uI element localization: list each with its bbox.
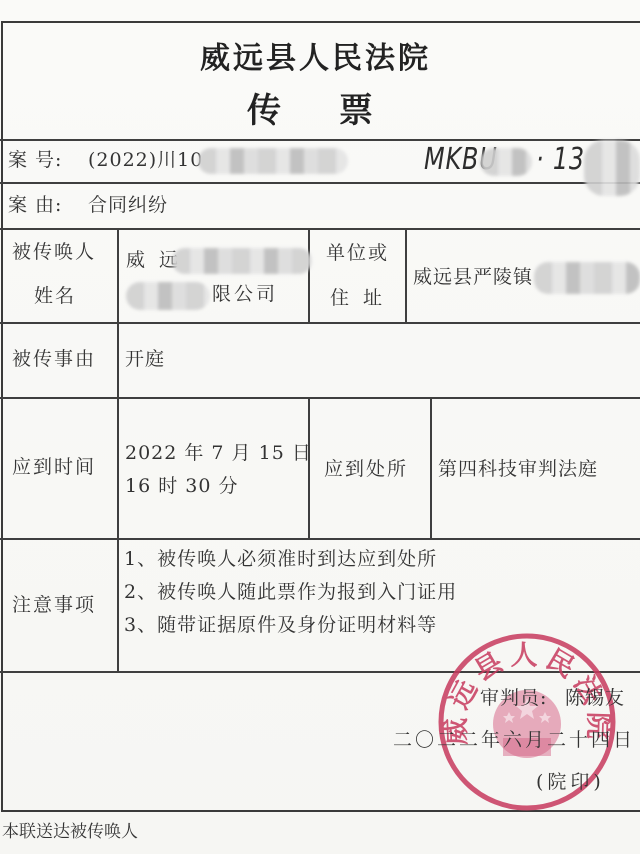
divider [0, 538, 640, 540]
redacted-address [534, 262, 640, 294]
column-divider [430, 398, 432, 538]
divider [0, 397, 640, 399]
divider [0, 671, 640, 673]
appear-place-value: 第四科技审判法庭 [438, 460, 598, 479]
appear-time-label: 应到时间 [12, 458, 96, 477]
column-divider [405, 229, 407, 322]
summoned-party-name-2: 限公司 [212, 285, 278, 304]
seal-note: (院印) [536, 773, 605, 792]
divider [0, 139, 640, 141]
case-number-value: (2022)川10 [88, 151, 203, 170]
reason-label: 被传事由 [12, 350, 96, 369]
column-divider [117, 229, 119, 671]
signature-date: 二〇二二年六月二十四日 [393, 731, 635, 750]
summoned-party-label-2: 姓名 [34, 287, 76, 306]
appear-place-label: 应到处所 [324, 460, 408, 479]
note-item: 2、被传唤人随此票作为报到入门证用 [124, 583, 457, 602]
case-cause-label: 案 由: [8, 196, 62, 215]
redacted-handwriting [480, 148, 532, 176]
footer-note: 本联送达被传唤人 [2, 824, 138, 841]
column-divider [308, 398, 310, 538]
case-number-label: 案 号: [8, 151, 62, 170]
divider [0, 322, 640, 324]
address-label-2: 住 址 [330, 289, 386, 308]
judge-name: 陈锡友 [565, 689, 625, 708]
notes-label: 注意事项 [12, 596, 96, 615]
column-divider [308, 229, 310, 322]
redacted-name [126, 282, 210, 310]
note-item: 3、随带证据原件及身份证明材料等 [124, 616, 437, 635]
note-item: 1、被传唤人必须准时到达应到处所 [124, 550, 437, 569]
address-value: 威远县严陵镇 [413, 268, 533, 287]
reason-value: 开庭 [125, 350, 165, 369]
divider [0, 228, 640, 230]
summons-document: 威远县人民法院 传 票 案 号: (2022)川10 MKBU · 13 案 由… [0, 0, 640, 854]
judge-label: 审判员: [480, 689, 547, 708]
case-cause-value: 合同纠纷 [88, 196, 168, 215]
address-label: 单位或 [326, 244, 389, 263]
redacted-name [172, 248, 312, 274]
document-type-title: 传 票 [247, 94, 373, 128]
redacted-case-number [198, 148, 348, 174]
redacted-handwriting [584, 140, 640, 196]
summoned-party-label: 被传唤人 [12, 243, 96, 262]
divider [0, 182, 640, 184]
handwritten-note: · 13 [536, 145, 585, 175]
court-name: 威远县人民法院 [200, 44, 431, 74]
appear-time-hour: 16 时 30 分 [125, 477, 238, 496]
appear-time-date: 2022 年 7 月 15 日 [125, 444, 312, 463]
